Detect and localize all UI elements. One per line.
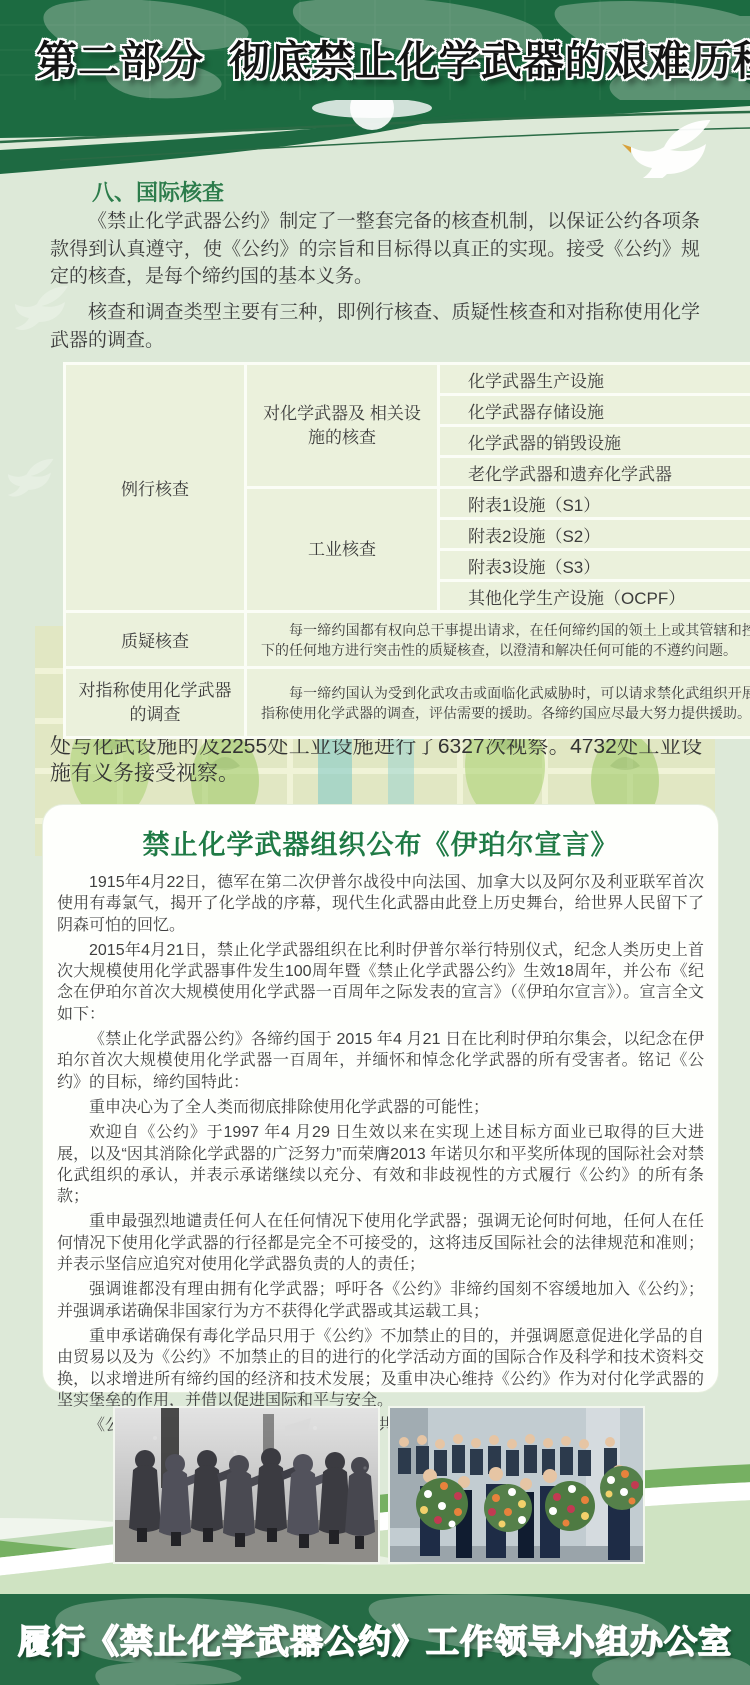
verification-table: 例行核查 对化学武器及 相关设施的核查 化学武器生产设施 化学武器存储设施 化学…	[63, 362, 750, 739]
declaration-paragraph: 《禁止化学武器公约》各缔约国于 2015 年4 月21 日在比利时伊珀尔集会，以…	[57, 1029, 704, 1093]
table-cell-facility: 化学武器存储设施	[439, 395, 750, 426]
table-cell-facility: 化学武器生产设施	[439, 364, 750, 395]
table-cell-industry-group-label: 工业核查	[246, 488, 439, 612]
section-heading: 八、国际核查	[92, 176, 224, 207]
table-cell-challenge-label: 质疑核查	[65, 612, 246, 668]
declaration-paragraph: 重申最强烈地谴责任何人在任何情况下使用化学武器；强调无论何时何地，任何人在任何情…	[57, 1211, 704, 1275]
body-paragraph: 《禁止化学武器公约》制定了一整套完备的核查机制，以保证公约各项条款得到认真遵守，…	[50, 208, 700, 291]
table-cell-facility: 老化学武器和遗弃化学武器	[439, 457, 750, 488]
header-wave-decoration	[0, 100, 750, 178]
table-cell-alleged-label: 对指称使用化学武器的调查	[65, 668, 246, 738]
declaration-paragraph: 重申承诺确保有毒化学品只用于《公约》不加禁止的目的，并强调愿意促进化学品的自由贸…	[57, 1326, 704, 1411]
table-cell-facility: 化学武器的销毁设施	[439, 426, 750, 457]
table-cell-facility: 附表2设施（S2）	[439, 519, 750, 550]
declaration-paragraph: 欢迎自《公约》于1997 年4 月29 日生效以来在实现上述目标方面业已取得的巨…	[57, 1122, 704, 1207]
declaration-paragraph: 强调谁都没有理由拥有化学武器；呼吁各《公约》非缔约国刻不容缓地加入《公约》；并强…	[57, 1279, 704, 1322]
table-cell-alleged-text: 每一缔约国认为受到化武攻击或面临化武威胁时，可以请求禁化武组织开展对指称使用化学…	[246, 668, 750, 738]
photo-wreath-ceremony	[390, 1408, 643, 1562]
declaration-paragraph: 1915年4月22日，德军在第二次伊普尔战役中向法国、加拿大以及阿尔及利亚联军首…	[57, 872, 704, 936]
table-cell-facility: 附表3设施（S3）	[439, 550, 750, 581]
table-cell-routine-label: 例行核查	[65, 364, 246, 612]
declaration-box: 禁止化学武器组织公布《伊珀尔宣言》 1915年4月22日，德军在第二次伊普尔战役…	[43, 805, 718, 1392]
poster-root: 第二部分 彻底禁止化学武器的艰难历程	[0, 0, 750, 1685]
declaration-title: 禁止化学武器组织公布《伊珀尔宣言》	[57, 823, 704, 862]
declaration-paragraph: 重申决心为了全人类而彻底排除使用化学武器的可能性；	[57, 1097, 704, 1118]
body-paragraph: 核查和调查类型主要有三种，即例行核查、质疑性核查和对指称使用化学武器的调查。	[50, 299, 700, 354]
table-cell-facility: 其他化学生产设施（OCPF）	[439, 581, 750, 612]
table-cell-cw-group-label: 对化学武器及 相关设施的核查	[246, 364, 439, 488]
footer-banner: 履行《禁止化学武器公约》工作领导小组办公室	[0, 1594, 750, 1685]
photo-gassed-soldiers	[115, 1408, 378, 1562]
declaration-paragraph: 2015年4月21日，禁止化学武器组织在比利时伊普尔举行特别仪式，纪念人类历史上…	[57, 940, 704, 1025]
table-cell-facility: 附表1设施（S1）	[439, 488, 750, 519]
table-cell-challenge-text: 每一缔约国都有权向总干事提出请求，在任何缔约国的领土上或其管辖和控制下的任何地方…	[246, 612, 750, 668]
page-title: 第二部分 彻底禁止化学武器的艰难历程	[36, 28, 736, 87]
dove-icon	[622, 120, 711, 178]
footer-title: 履行《禁止化学武器公约》工作领导小组办公室	[0, 1616, 750, 1663]
dove-icon	[2, 452, 62, 500]
